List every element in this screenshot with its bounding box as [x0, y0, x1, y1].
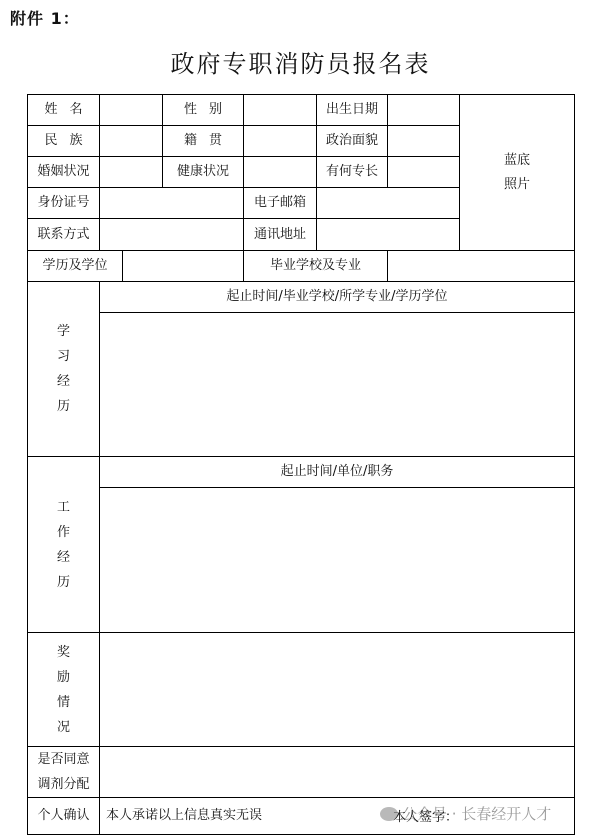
gender-label-text: 性别 — [172, 102, 234, 118]
adjust-label-line1: 是否同意 — [37, 747, 89, 772]
ethnicity-label-text: 民族 — [32, 133, 94, 149]
attachment-label: 附件 1： — [10, 6, 80, 29]
awards-label-char: 情 — [57, 690, 70, 715]
contact-label: 联系方式 — [27, 218, 100, 251]
photo-box[interactable]: 蓝底 照片 — [459, 94, 575, 251]
awards-label: 奖 励 情 况 — [27, 632, 100, 747]
work-field[interactable] — [99, 487, 575, 633]
work-label-char: 工 — [57, 495, 70, 520]
confirm-label: 个人确认 — [27, 797, 100, 835]
birthdate-field[interactable] — [387, 94, 460, 126]
marital-field[interactable] — [99, 156, 163, 188]
work-label-char: 历 — [57, 570, 70, 595]
education-header: 起止时间/毕业学校/所学专业/学历学位 — [99, 281, 575, 313]
specialty-field[interactable] — [387, 156, 460, 188]
awards-label-char: 奖 — [57, 640, 70, 665]
email-field[interactable] — [316, 187, 460, 219]
address-field[interactable] — [316, 218, 460, 251]
awards-field[interactable] — [99, 632, 575, 747]
origin-label-text: 籍贯 — [172, 133, 234, 149]
work-label-char: 经 — [57, 545, 70, 570]
name-label: 姓名 — [27, 94, 100, 126]
work-label-char: 作 — [57, 520, 70, 545]
adjust-label: 是否同意 调剂分配 — [27, 746, 100, 798]
school-label: 毕业学校及专业 — [243, 250, 388, 282]
gender-field[interactable] — [243, 94, 317, 126]
origin-field[interactable] — [243, 125, 317, 157]
ethnicity-field[interactable] — [99, 125, 163, 157]
gender-label: 性别 — [162, 94, 244, 126]
degree-label: 学历及学位 — [27, 250, 123, 282]
adjust-field[interactable] — [99, 746, 575, 798]
school-field[interactable] — [387, 250, 575, 282]
id-number-field[interactable] — [99, 187, 244, 219]
health-field[interactable] — [243, 156, 317, 188]
confirm-statement-text: 本人承诺以上信息真实无误 — [106, 808, 262, 824]
degree-field[interactable] — [122, 250, 244, 282]
education-label-char: 学 — [57, 319, 70, 344]
photo-label-line1: 蓝底 — [504, 149, 530, 173]
political-field[interactable] — [387, 125, 460, 157]
contact-field[interactable] — [99, 218, 244, 251]
political-label: 政治面貌 — [316, 125, 388, 157]
name-label-text: 姓名 — [32, 102, 94, 118]
marital-label: 婚姻状况 — [27, 156, 100, 188]
awards-label-char: 况 — [57, 715, 70, 740]
education-label-char: 历 — [57, 394, 70, 419]
education-label: 学 习 经 历 — [27, 281, 100, 457]
id-number-label: 身份证号 — [27, 187, 100, 219]
education-field[interactable] — [99, 312, 575, 457]
education-label-char: 经 — [57, 369, 70, 394]
education-label-char: 习 — [57, 344, 70, 369]
work-header: 起止时间/单位/职务 — [99, 456, 575, 488]
signature-label: 本人签字： — [393, 806, 458, 825]
name-field[interactable] — [99, 94, 163, 126]
address-label: 通讯地址 — [243, 218, 317, 251]
photo-label-line2: 照片 — [504, 173, 530, 197]
adjust-label-line2: 调剂分配 — [37, 772, 89, 797]
page-title: 政府专职消防员报名表 — [0, 44, 601, 79]
health-label: 健康状况 — [162, 156, 244, 188]
specialty-label: 有何专长 — [316, 156, 388, 188]
birthdate-label: 出生日期 — [316, 94, 388, 126]
email-label: 电子邮箱 — [243, 187, 317, 219]
ethnicity-label: 民族 — [27, 125, 100, 157]
awards-label-char: 励 — [57, 665, 70, 690]
origin-label: 籍贯 — [162, 125, 244, 157]
work-label: 工 作 经 历 — [27, 456, 100, 633]
